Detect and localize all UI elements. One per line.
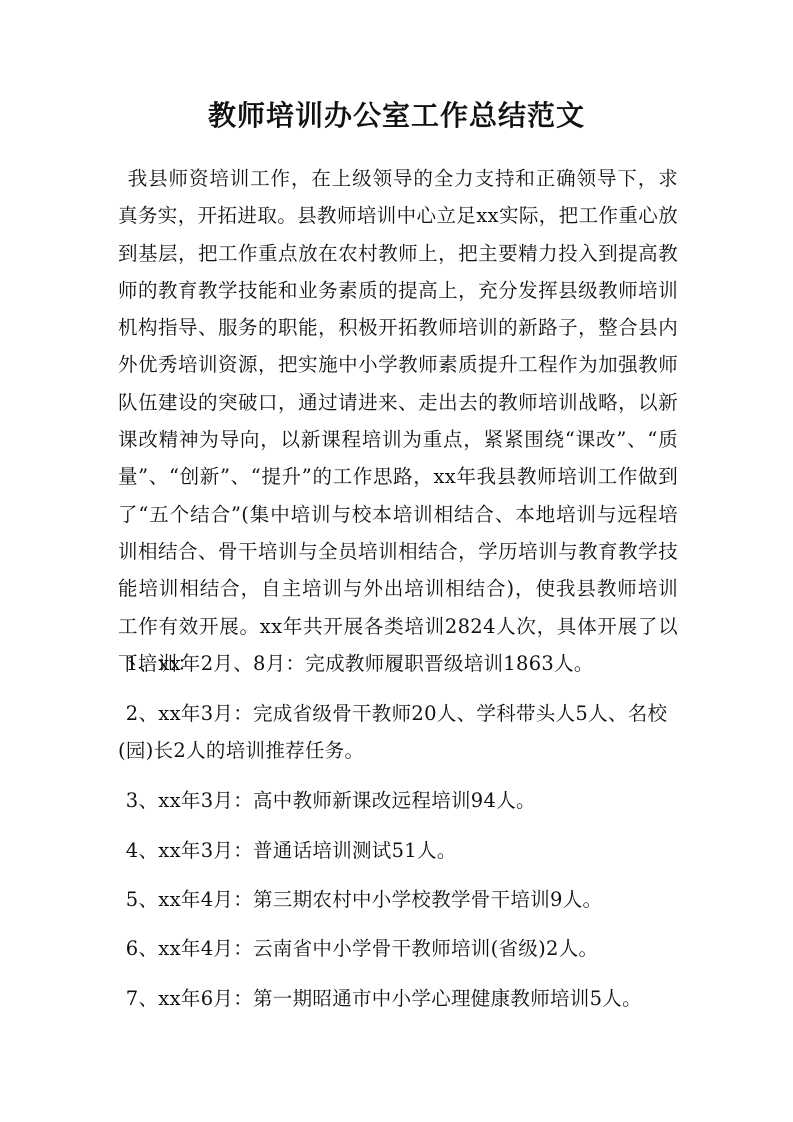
list-item: 1、xx年2月、8月：完成教师履职晋级培训1863人。 bbox=[118, 645, 678, 682]
list-item: 4、xx年3月：普通话培训测试51人。 bbox=[118, 832, 678, 869]
list-item: 2、xx年3月：完成省级骨干教师20人、学科带头人5人、名校(园)长2人的培训推… bbox=[118, 695, 678, 770]
list-item: 3、xx年3月：高中教师新课改远程培训94人。 bbox=[118, 782, 678, 819]
intro-paragraph: 我县师资培训工作，在上级领导的全力支持和正确领导下，求真务实，开拓进取。县教师培… bbox=[118, 160, 678, 682]
document-page: 教师培训办公室工作总结范文 我县师资培训工作，在上级领导的全力支持和正确领导下，… bbox=[0, 0, 793, 1122]
list-item: 6、xx年4月：云南省中小学骨干教师培训(省级)2人。 bbox=[118, 930, 678, 967]
list-item: 5、xx年4月：第三期农村中小学校教学骨干培训9人。 bbox=[118, 881, 678, 918]
document-title: 教师培训办公室工作总结范文 bbox=[0, 96, 793, 136]
list-item: 7、xx年6月：第一期昭通市中小学心理健康教师培训5人。 bbox=[118, 980, 678, 1017]
